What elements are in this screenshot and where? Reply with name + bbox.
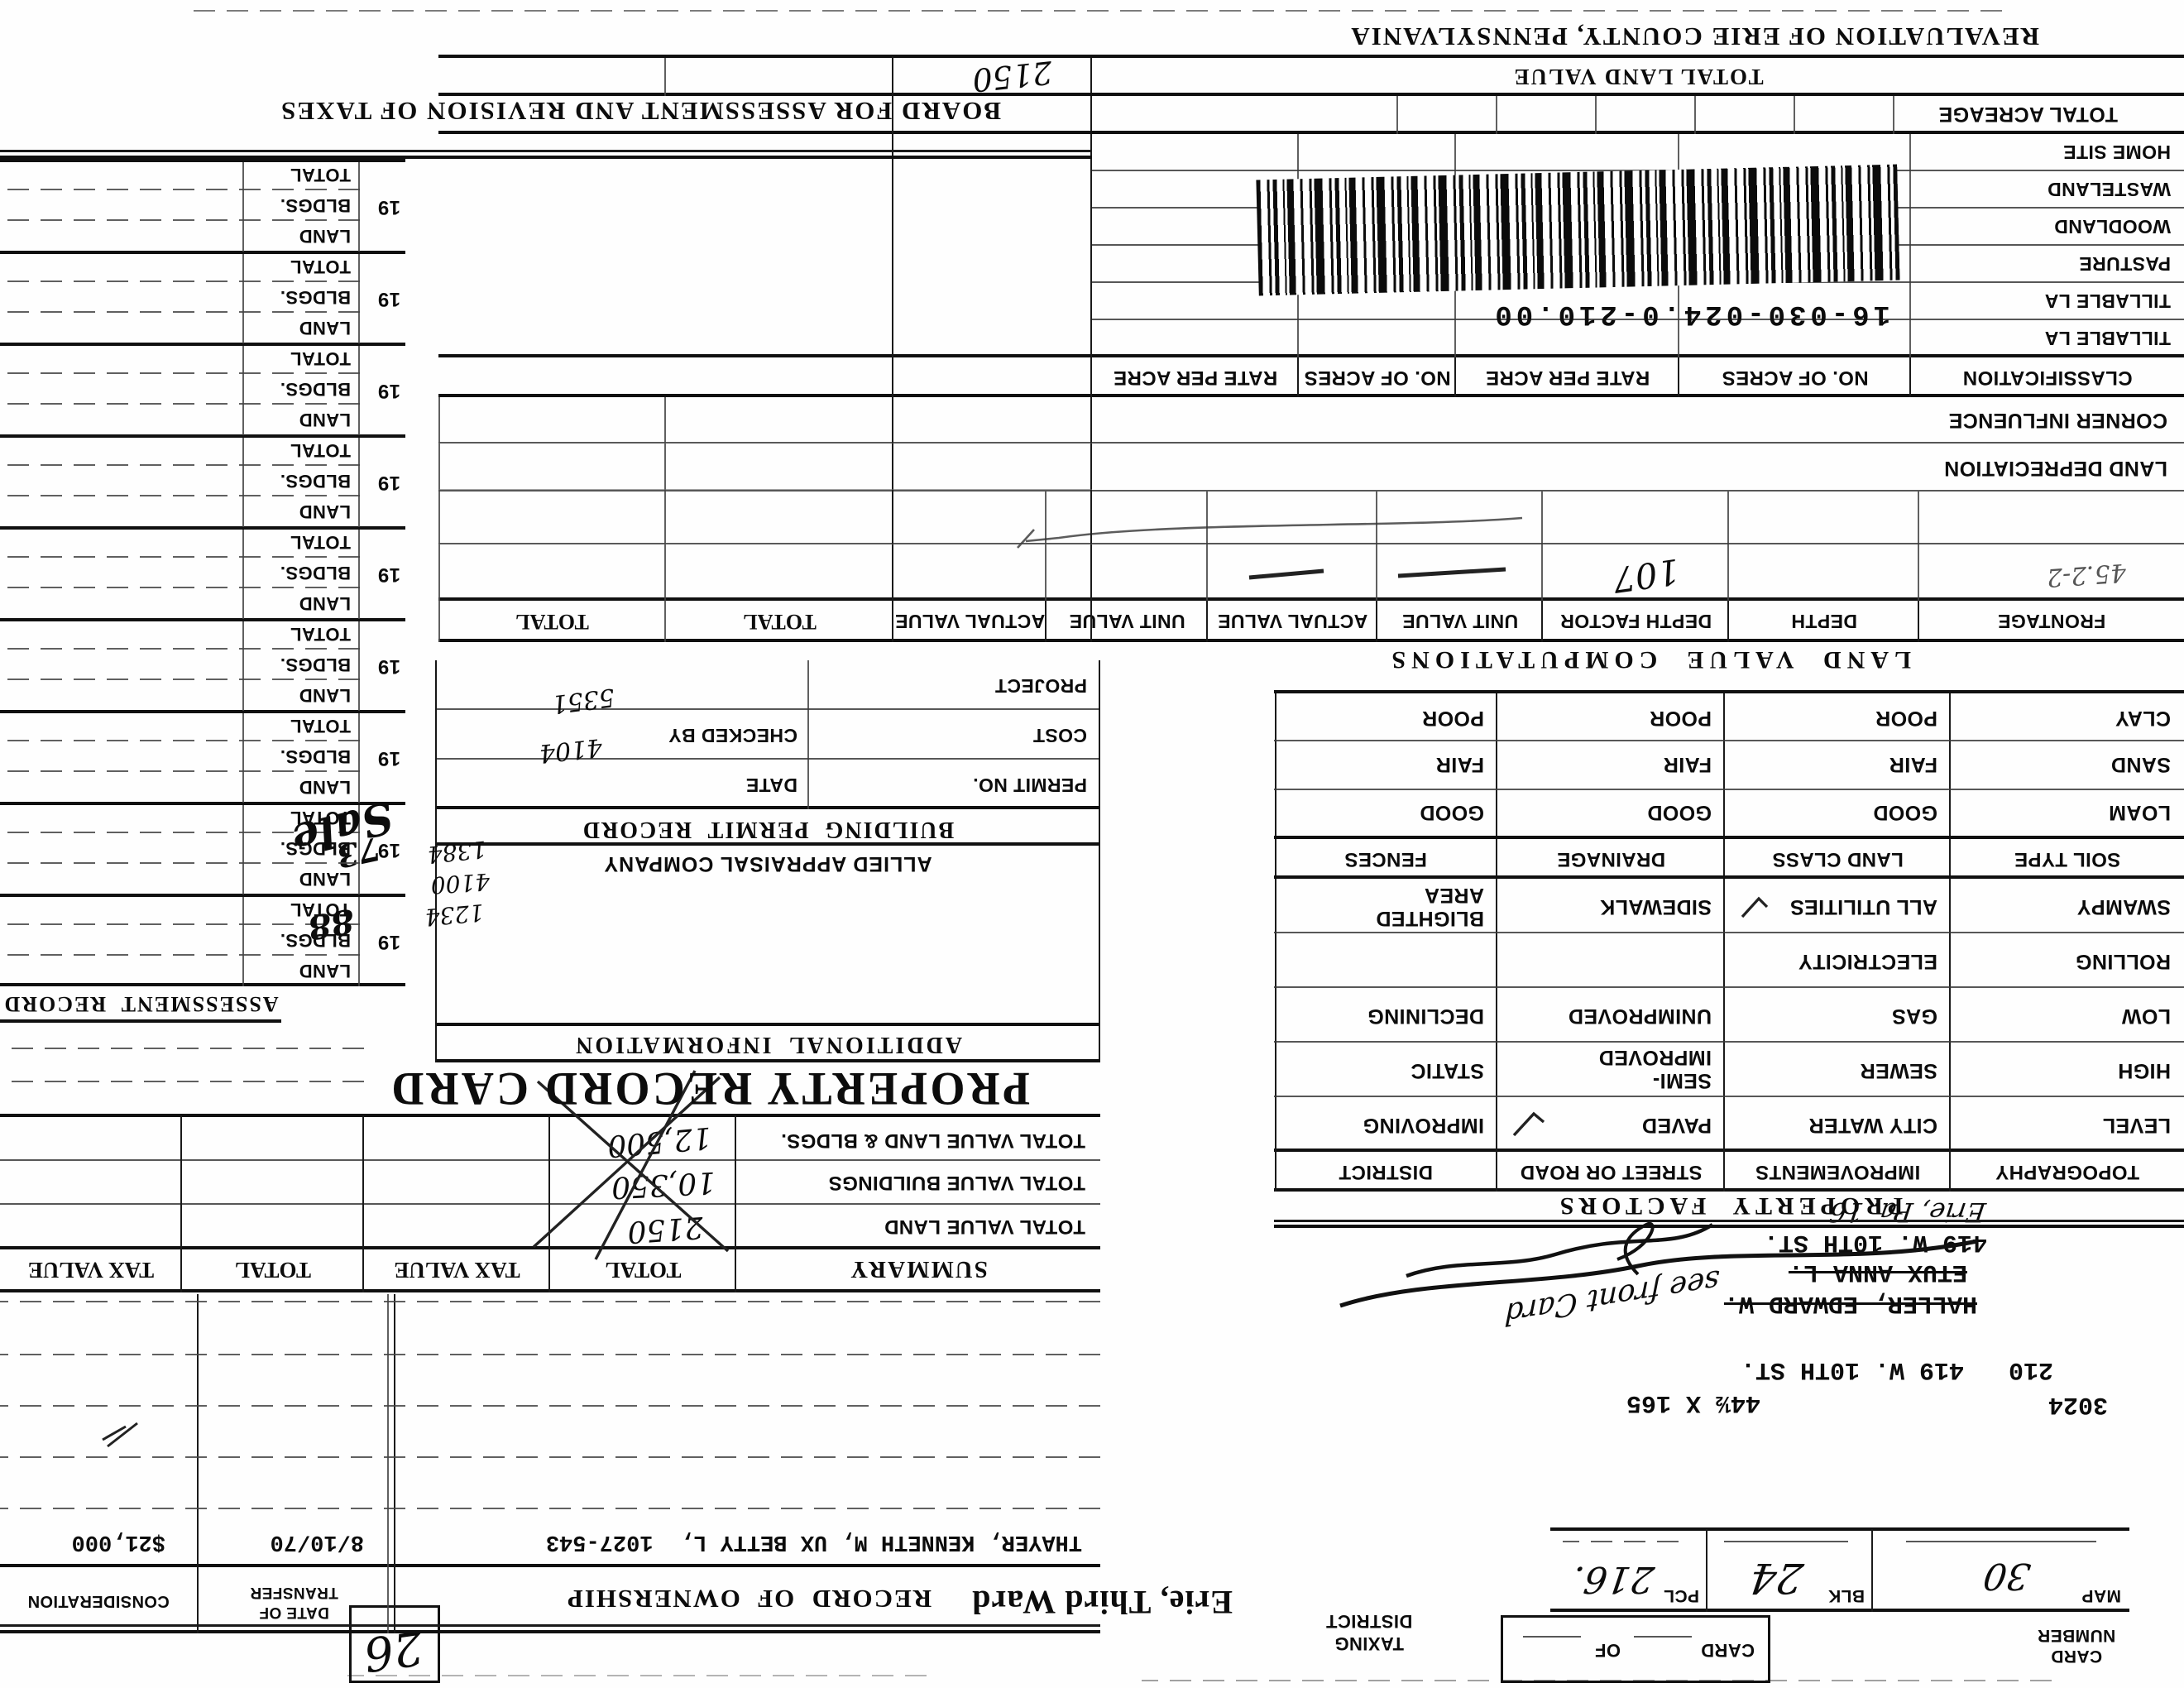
pf-cell: CITY WATER xyxy=(1808,1113,1937,1137)
year-label: 19 xyxy=(378,287,401,310)
pf-soil-header: DRAINAGE xyxy=(1497,847,1725,870)
blk-label: BLK xyxy=(1828,1585,1865,1605)
date-label: DATE xyxy=(745,774,797,796)
lv-header: DEPTH xyxy=(1729,610,1919,632)
land-value-table: FRONTAGE DEPTH DEPTH FACTOR UNIT VALUE A… xyxy=(438,394,2184,642)
additional-information-box: ADDITIONAL INFORMATION ALLIED APPRAISAL … xyxy=(435,660,1100,1062)
pen-mark xyxy=(91,1418,141,1451)
summary-header: TOTAL xyxy=(182,1257,364,1283)
pf-cell: GOOD xyxy=(1647,800,1712,824)
pf-cell: GAS xyxy=(1892,1004,1937,1028)
year-label: 19 xyxy=(378,563,401,586)
assessment-year-block: 19 LAND BLDGS. TOTAL xyxy=(0,711,405,803)
permit-handwriting: 4104 xyxy=(538,732,604,768)
project-label: PROJECT xyxy=(995,674,1087,697)
total-land-value-label: TOTAL LAND VALUE xyxy=(1373,64,1903,89)
lv-header: TOTAL xyxy=(438,609,666,634)
account-number: 3024 xyxy=(2048,1390,2108,1418)
pcl-label: PCL xyxy=(1664,1585,1699,1605)
lot-size: 44½ X 165 xyxy=(1626,1388,1760,1417)
lv-header: FRONTAGE xyxy=(1919,610,2184,632)
property-factors-table: PROPERTY FACTORS TOPOGRAPHY IMPROVEMENTS… xyxy=(1274,692,2184,1228)
depth-factor-handwriting: 107 xyxy=(1611,551,1682,601)
summary-header: TAX VALUE xyxy=(0,1257,182,1283)
property-record-card-sheet: CARD NUMBER MAP 30 BLK 24 PCL 216. CARD … xyxy=(0,0,2184,1688)
map-label: MAP xyxy=(2081,1585,2121,1605)
map-blk-pcl-table: MAP 30 BLK 24 PCL 216. xyxy=(1550,1527,2129,1612)
class-header: CLASSIFICATION xyxy=(1911,366,2184,389)
pf-cell: FAIR xyxy=(1435,752,1484,776)
page-title: PROPERTY RECORD CARD xyxy=(389,1062,1030,1117)
pf-cell: BLIGHTED AREA xyxy=(1368,884,1484,930)
pf-cell: ALL UTILITIES xyxy=(1790,894,1937,918)
checked-by-label: CHECKED BY xyxy=(668,724,797,746)
class-header: NO. OF ACRES xyxy=(1299,366,1456,389)
pf-cell: POOR xyxy=(1422,706,1484,730)
permit-no-label: PERMIT NO. xyxy=(973,774,1087,796)
lv-header: ACTUAL VALUE xyxy=(893,610,1046,632)
year-label: 19 xyxy=(378,471,401,494)
pf-cell: LOAM xyxy=(2109,800,2171,824)
map-value-handwriting: 30 xyxy=(1980,1555,2033,1597)
record-of-ownership-table: RECORD OF OWNERSHIP DATE OF TRANSFER CON… xyxy=(0,1294,1100,1633)
summary-header: SUMMARY xyxy=(736,1255,1100,1283)
assessment-record: ASSESSMENT RECORD 19 LAND BLDGS. TOTAL 8… xyxy=(0,157,405,1023)
year-label: 19 xyxy=(378,930,401,953)
consideration-entry: $21,000 xyxy=(72,1529,165,1554)
footer-revaluation: REVALUATION OF ERIE COUNTY, PENNSYLVANIA xyxy=(1349,22,2039,51)
pf-cell: UNIMPROVED xyxy=(1569,1004,1712,1028)
summary-row-label: TOTAL VALUE LAND & BLDGS. xyxy=(781,1129,1085,1152)
date-of-transfer-label: DATE OF TRANSFER xyxy=(201,1582,387,1622)
assessment-year-block: 19 73 LAND BLDGS. TOTAL Sale xyxy=(0,803,405,894)
summary-header: TOTAL xyxy=(550,1257,736,1283)
appraisal-company: ALLIED APPRAISAL COMPANY xyxy=(437,851,1099,875)
pf-header: TOPOGRAPHY xyxy=(1951,1160,2184,1183)
lv-header: TOTAL xyxy=(666,609,893,634)
pf-cell: ELECTRICITY xyxy=(1798,949,1937,973)
assessment-year-block: 19 LAND BLDGS. TOTAL xyxy=(0,160,405,252)
lv-header: UNIT VALUE xyxy=(1046,610,1208,632)
summary-table: SUMMARY TOTAL TAX VALUE TOTAL TAX VALUE … xyxy=(0,1115,1100,1292)
year-label: 19 xyxy=(378,746,401,770)
blk-value-handwriting: 24 xyxy=(1746,1554,1806,1602)
pf-cell: POOR xyxy=(1650,706,1712,730)
card-number-label: CARD NUMBER xyxy=(2010,1625,2143,1666)
pf-cell: SIDEWALK xyxy=(1600,894,1712,918)
total-land-value-handwriting: 2150 xyxy=(970,54,1054,98)
ownership-title: RECORD OF OWNERSHIP xyxy=(397,1584,1100,1614)
year-label: 19 xyxy=(378,379,401,402)
lv-header: UNIT VALUE xyxy=(1377,610,1543,632)
year-label: 19 xyxy=(378,655,401,678)
transfer-date-entry: 8/10/70 xyxy=(271,1529,364,1554)
class-row-label: PASTURE xyxy=(2079,252,2171,275)
assessment-year-block: 19 LAND BLDGS. TOTAL 88 xyxy=(0,894,405,986)
pf-header: IMPROVEMENTS xyxy=(1725,1160,1951,1183)
owner-entry: THAYER, KENNETH M, UX BETTY L, 1027-543 xyxy=(546,1529,1082,1554)
pf-cell: SAND xyxy=(2111,752,2171,776)
barcode xyxy=(1256,165,1899,296)
lv-header: ACTUAL VALUE xyxy=(1208,610,1377,632)
parcel-id-number: 16-030-024.0-210.00 xyxy=(1491,298,1890,329)
pf-cell: SEWER xyxy=(1860,1058,1937,1082)
year-label: 19 xyxy=(378,195,401,218)
pf-cell: FAIR xyxy=(1889,752,1937,776)
pf-cell: SEMI-IMPROVED xyxy=(1588,1046,1712,1092)
pf-cell: STATIC xyxy=(1410,1058,1484,1082)
card-of-box: CARD OF xyxy=(1501,1615,1770,1683)
assessment-year-block: 19 LAND BLDGS. TOTAL xyxy=(0,435,405,527)
check-mark xyxy=(1737,895,1770,920)
pcl-value-handwriting: 216. xyxy=(1569,1558,1656,1600)
taxing-district-label: TAXING DISTRICT xyxy=(1299,1610,1439,1655)
pf-cell: DECLINING xyxy=(1367,1004,1484,1028)
pf-cell: LEVEL xyxy=(2102,1113,2171,1137)
class-header: RATE PER ACRE xyxy=(1092,366,1299,389)
summary-row-label: TOTAL VALUE LAND xyxy=(884,1215,1085,1238)
pf-cell: GOOD xyxy=(1873,800,1937,824)
assessment-year-block: 19 LAND BLDGS. TOTAL xyxy=(0,252,405,343)
class-header: RATE PER ACRE xyxy=(1456,366,1679,389)
summary-header: TAX VALUE xyxy=(364,1257,550,1283)
pf-cell: SWAMPY xyxy=(2076,894,2171,918)
class-row-label: HOME SITE xyxy=(2063,141,2171,163)
pf-soil-header: FENCES xyxy=(1274,847,1497,870)
pf-cell: LOW xyxy=(2121,1004,2171,1028)
consideration-label: CONSIDERATION xyxy=(0,1591,197,1610)
class-row-label: TILLABLE LA xyxy=(2044,327,2171,349)
pf-soil-header: SOIL TYPE xyxy=(1951,847,2184,870)
margin-handwriting: 4100 xyxy=(430,868,491,899)
land-depreciation-label: LAND DEPRECIATION xyxy=(1944,456,2167,480)
assessment-year-block: 19 LAND BLDGS. TOTAL xyxy=(0,527,405,619)
class-row-label: TILLABLE LA xyxy=(2044,290,2171,312)
cost-label: COST xyxy=(1033,724,1088,746)
assessment-year-block: 19 LAND BLDGS. TOTAL xyxy=(0,343,405,435)
building-permit-title: BUILDING PERMIT RECORD xyxy=(437,816,1099,842)
property-factors-title: PROPERTY FACTORS xyxy=(1274,1192,2184,1220)
class-row-label: WASTELAND xyxy=(2047,178,2171,200)
property-location: 210 419 W. 10TH ST. xyxy=(1741,1355,2053,1383)
assessment-year-block: 19 LAND BLDGS. TOTAL xyxy=(0,619,405,711)
pf-cell: ROLLING xyxy=(2076,949,2171,973)
assessment-mark: 88 xyxy=(305,901,357,947)
pf-cell: IMPROVING xyxy=(1363,1113,1484,1137)
scan-noise-line xyxy=(182,10,2002,12)
class-row-label: WOODLAND xyxy=(2054,215,2171,237)
permit-handwriting: 5351 xyxy=(550,682,616,718)
margin-handwriting: 1234 xyxy=(424,899,485,931)
pf-cell: POOR xyxy=(1875,706,1937,730)
additional-information-title: ADDITIONAL INFORMATION xyxy=(437,1031,1099,1057)
summary-row-label: TOTAL VALUE BUILDINGS xyxy=(828,1171,1085,1194)
footer-board: BOARD FOR ASSESSMENT AND REVISION OF TAX… xyxy=(280,96,1001,126)
pf-cell: CLAY xyxy=(2115,706,2171,730)
scanned-document: CARD NUMBER MAP 30 BLK 24 PCL 216. CARD … xyxy=(0,0,2184,1688)
pf-header: STREET OR ROAD xyxy=(1497,1160,1725,1183)
corner-influence-label: CORNER INFLUENCE xyxy=(1948,408,2167,432)
total-acreage-label: TOTAL ACREAGE xyxy=(1938,102,2118,126)
check-mark xyxy=(1509,1110,1547,1139)
pf-soil-header: LAND CLASS xyxy=(1725,847,1951,870)
frontage-handwriting: 45.2-2 xyxy=(2046,558,2127,592)
lv-header: DEPTH FACTOR xyxy=(1543,610,1729,632)
pf-cell: FAIR xyxy=(1663,752,1712,776)
land-value-title: LAND VALUE COMPUTATIONS xyxy=(1386,645,1911,674)
pf-cell: PAVED xyxy=(1642,1113,1712,1137)
pf-header: DISTRICT xyxy=(1274,1160,1497,1183)
pf-cell: GOOD xyxy=(1420,800,1484,824)
class-header: NO. OF ACRES xyxy=(1679,366,1911,389)
assessment-record-title: ASSESSMENT RECORD xyxy=(0,991,281,1016)
pf-cell: HIGH xyxy=(2118,1058,2171,1082)
